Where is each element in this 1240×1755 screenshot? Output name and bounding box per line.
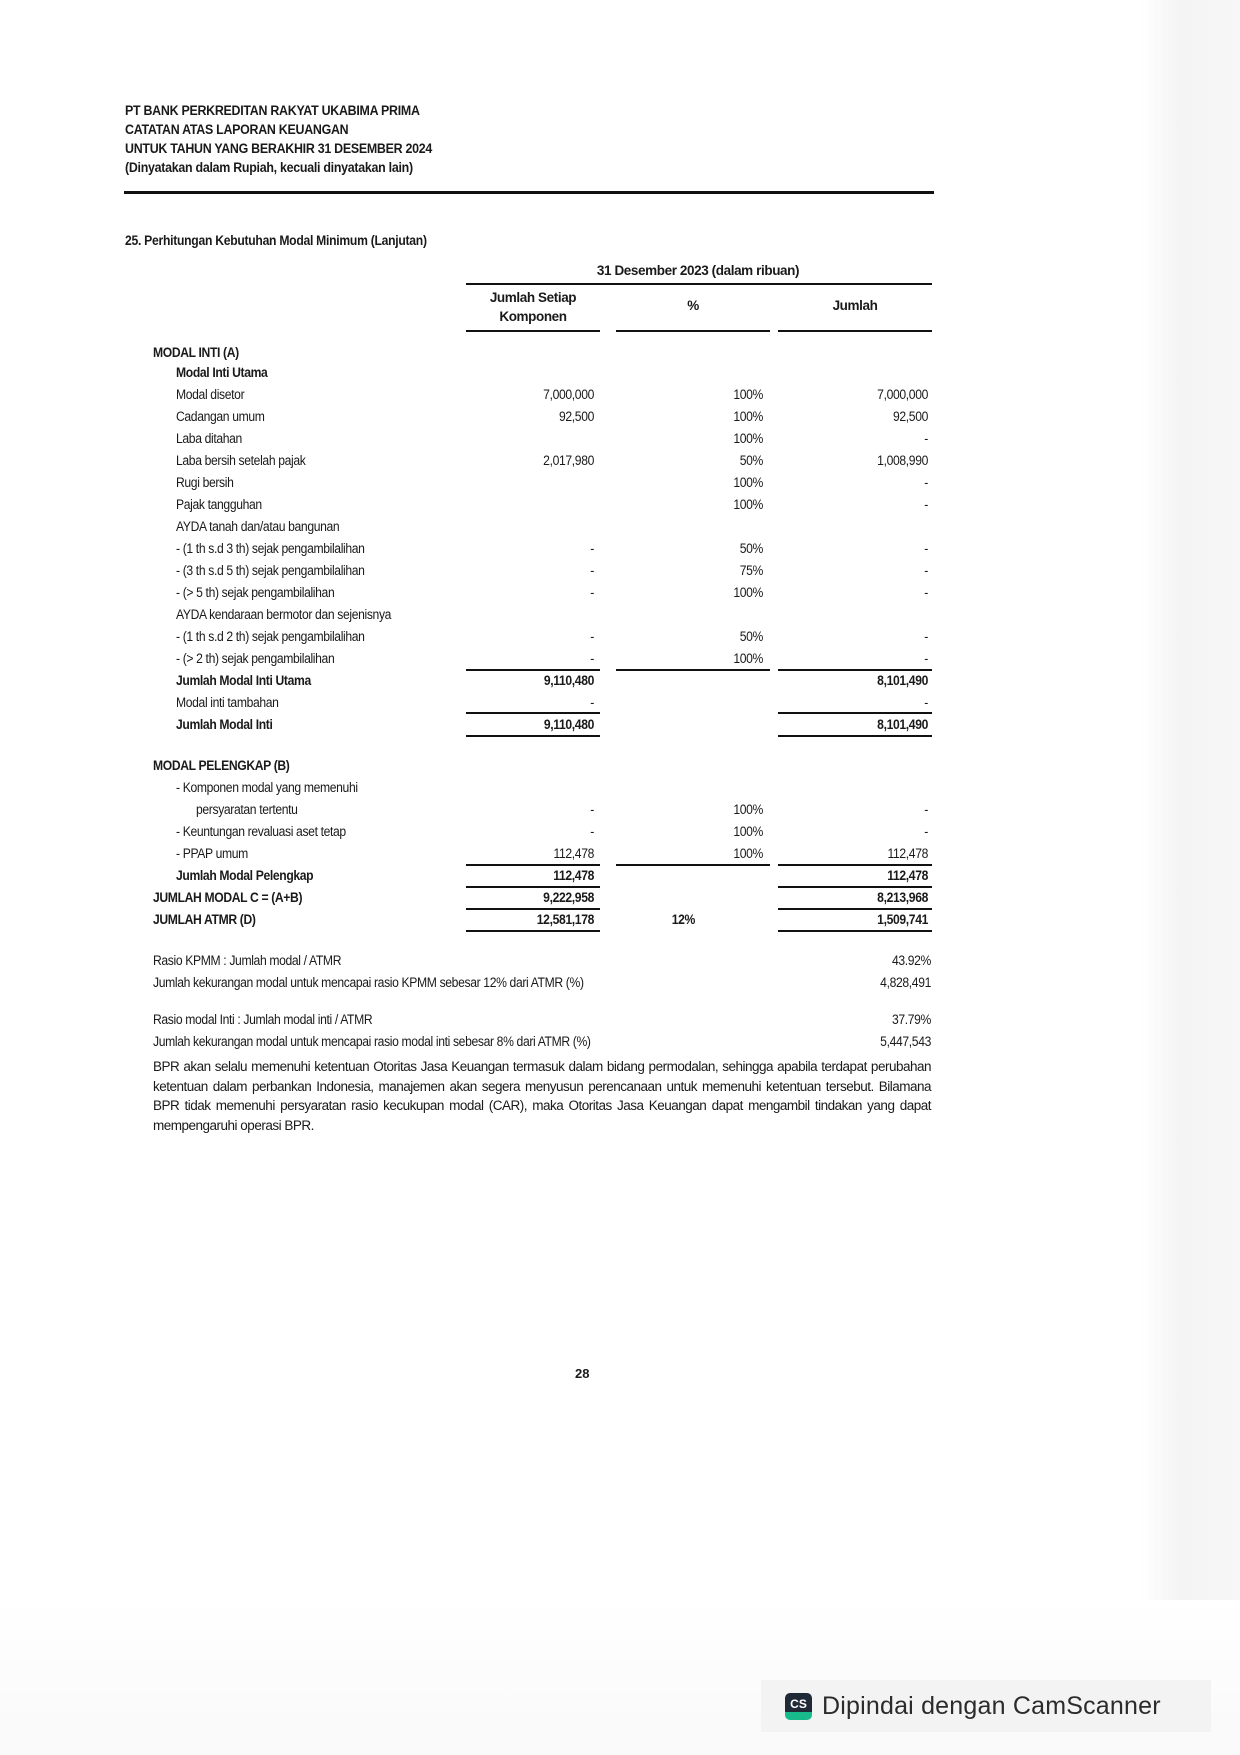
cell-jumlah: 8,101,490 [748, 717, 928, 733]
section-title: 25. Perhitungan Kebutuhan Modal Minimum … [125, 233, 427, 248]
cell-percent: 100% [583, 387, 763, 403]
ratio-value: 37.79% [751, 1012, 931, 1028]
total-underline [778, 735, 932, 737]
cell-komponen: - [414, 802, 594, 818]
row-label: MODAL PELENGKAP (B) [153, 758, 290, 774]
cell-percent: 50% [583, 541, 763, 557]
cell-jumlah: 8,213,968 [748, 890, 928, 906]
row-label: Jumlah Modal Inti Utama [176, 673, 311, 689]
row-label: AYDA tanah dan/atau bangunan [176, 519, 339, 535]
cell-percent: 100% [583, 585, 763, 601]
cell-jumlah: - [748, 695, 928, 711]
row-label: Modal disetor [176, 387, 244, 403]
cell-jumlah: - [748, 497, 928, 513]
cell-komponen: - [414, 563, 594, 579]
total-underline [466, 735, 600, 737]
document-title: CATATAN ATAS LAPORAN KEUANGAN [125, 120, 432, 139]
cell-jumlah: 1,509,741 [748, 912, 928, 928]
total-underline [466, 908, 600, 910]
ratio-label: Rasio KPMM : Jumlah modal / ATMR [153, 953, 341, 969]
ratio-label: Rasio modal Inti : Jumlah modal inti / A… [153, 1012, 372, 1028]
cell-komponen: 2,017,980 [414, 453, 594, 469]
cell-jumlah: 8,101,490 [748, 673, 928, 689]
period-line: UNTUK TAHUN YANG BERAKHIR 31 DESEMBER 20… [125, 139, 432, 158]
cell-percent: 12% [515, 912, 695, 928]
cell-komponen: - [414, 824, 594, 840]
ratio-value: 4,828,491 [751, 975, 931, 991]
period-header-rule [466, 283, 932, 285]
row-label: Jumlah Modal Inti [176, 717, 272, 733]
row-label: JUMLAH ATMR (D) [153, 912, 256, 928]
ratio-value: 43.92% [751, 953, 931, 969]
cell-komponen: 92,500 [414, 409, 594, 425]
cell-jumlah: 112,478 [748, 846, 928, 862]
row-label: AYDA kendaraan bermotor dan sejenisnya [176, 607, 391, 623]
page-number: 28 [575, 1366, 589, 1381]
cell-jumlah: - [748, 629, 928, 645]
cell-komponen: 9,110,480 [414, 673, 594, 689]
cell-percent: 50% [583, 453, 763, 469]
column-header-jumlah: Jumlah [778, 298, 932, 314]
total-underline [616, 864, 770, 866]
cell-komponen: - [414, 629, 594, 645]
row-label: - (> 2 th) sejak pengambilalihan [176, 651, 334, 667]
cell-komponen: - [414, 585, 594, 601]
cell-percent: 100% [583, 497, 763, 513]
total-underline [778, 864, 932, 866]
row-label: Laba bersih setelah pajak [176, 453, 305, 469]
cell-komponen: 9,222,958 [414, 890, 594, 906]
row-label: Modal inti tambahan [176, 695, 279, 711]
page-edge-shadow [1140, 0, 1240, 1755]
cell-komponen: 112,478 [414, 846, 594, 862]
ratio-label: Jumlah kekurangan modal untuk mencapai r… [153, 975, 584, 991]
total-underline [466, 930, 600, 932]
column-header-komponen-line2: Komponen [466, 309, 600, 325]
total-underline [778, 712, 932, 714]
cell-komponen: - [414, 695, 594, 711]
total-underline [778, 886, 932, 888]
cell-percent: 100% [583, 475, 763, 491]
ratio-label: Jumlah kekurangan modal untuk mencapai r… [153, 1034, 591, 1050]
cell-komponen: 7,000,000 [414, 387, 594, 403]
total-underline [778, 669, 932, 671]
header-divider [124, 191, 934, 194]
cell-komponen: 112,478 [414, 868, 594, 884]
row-label: - (1 th s.d 3 th) sejak pengambilalihan [176, 541, 365, 557]
row-label: Pajak tangguhan [176, 497, 262, 513]
cell-percent: 50% [583, 629, 763, 645]
row-label: JUMLAH MODAL C = (A+B) [153, 890, 302, 906]
total-underline [466, 669, 600, 671]
ratio-value: 5,447,543 [751, 1034, 931, 1050]
column-header-percent: % [616, 298, 770, 314]
column-header-rule [466, 330, 600, 332]
cell-percent: 100% [583, 409, 763, 425]
cell-jumlah: - [748, 563, 928, 579]
row-label: - Keuntungan revaluasi aset tetap [176, 824, 346, 840]
row-label: persyaratan tertentu [196, 802, 298, 818]
row-label: Cadangan umum [176, 409, 265, 425]
row-label: Jumlah Modal Pelengkap [176, 868, 313, 884]
company-name: PT BANK PERKREDITAN RAKYAT UKABIMA PRIMA [125, 101, 432, 120]
cell-percent: 75% [583, 563, 763, 579]
row-label: Rugi bersih [176, 475, 234, 491]
cell-jumlah: 112,478 [748, 868, 928, 884]
cell-jumlah: - [748, 824, 928, 840]
row-label: - PPAP umum [176, 846, 248, 862]
cell-komponen: - [414, 541, 594, 557]
total-underline [466, 712, 600, 714]
total-underline [616, 669, 770, 671]
cell-jumlah: - [748, 431, 928, 447]
cell-jumlah: - [748, 651, 928, 667]
row-label: MODAL INTI (A) [153, 345, 239, 361]
row-label: Modal Inti Utama [176, 365, 267, 381]
watermark-text: Dipindai dengan CamScanner [822, 1692, 1161, 1721]
cell-jumlah: 92,500 [748, 409, 928, 425]
currency-note: (Dinyatakan dalam Rupiah, kecuali dinyat… [125, 158, 432, 177]
cell-jumlah: - [748, 541, 928, 557]
cell-jumlah: - [748, 475, 928, 491]
row-label: - Komponen modal yang memenuhi [176, 780, 358, 796]
camscanner-logo-icon: CS [785, 1693, 812, 1720]
cell-jumlah: 1,008,990 [748, 453, 928, 469]
cell-jumlah: - [748, 585, 928, 601]
total-underline [466, 886, 600, 888]
period-header: 31 Desember 2023 (dalam ribuan) [578, 263, 818, 279]
row-label: - (> 5 th) sejak pengambilalihan [176, 585, 334, 601]
total-underline [778, 908, 932, 910]
cell-percent: 100% [583, 846, 763, 862]
row-label: - (1 th s.d 2 th) sejak pengambilalihan [176, 629, 365, 645]
camscanner-watermark: CS Dipindai dengan CamScanner [761, 1680, 1211, 1732]
compliance-paragraph: BPR akan selalu memenuhi ketentuan Otori… [153, 1057, 931, 1135]
column-header-rule [616, 330, 770, 332]
cell-komponen: - [414, 651, 594, 667]
document-header: PT BANK PERKREDITAN RAKYAT UKABIMA PRIMA… [125, 101, 432, 177]
cell-komponen: 9,110,480 [414, 717, 594, 733]
cell-percent: 100% [583, 431, 763, 447]
row-label: Laba ditahan [176, 431, 242, 447]
cell-jumlah: 7,000,000 [748, 387, 928, 403]
cell-percent: 100% [583, 802, 763, 818]
column-header-rule [778, 330, 932, 332]
total-underline [778, 930, 932, 932]
total-underline [466, 864, 600, 866]
column-header-komponen-line1: Jumlah Setiap [466, 290, 600, 306]
row-label: - (3 th s.d 5 th) sejak pengambilalihan [176, 563, 365, 579]
cell-percent: 100% [583, 651, 763, 667]
cell-percent: 100% [583, 824, 763, 840]
cell-jumlah: - [748, 802, 928, 818]
